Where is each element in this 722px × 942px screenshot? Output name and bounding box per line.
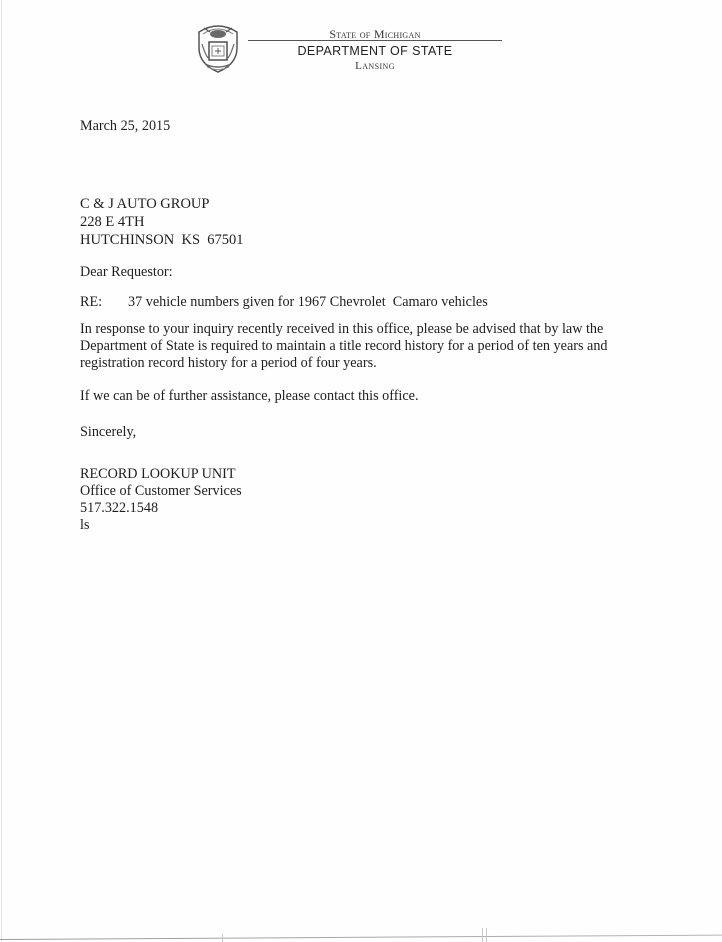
letterhead-city: Lansing <box>248 60 502 72</box>
scan-edge-bottom <box>0 935 722 940</box>
paragraph-line: In response to your inquiry recently rec… <box>80 321 608 338</box>
scan-artifact <box>482 928 483 942</box>
re-subject: 37 vehicle numbers given for 1967 Chevro… <box>128 294 488 310</box>
letterhead-rule <box>248 40 502 41</box>
letter-page: State of Michigan DEPARTMENT OF STATE La… <box>0 0 722 942</box>
closing: Sincerely, <box>80 424 136 441</box>
michigan-seal-icon <box>193 18 243 74</box>
recipient-city-state-zip: HUTCHINSON KS 67501 <box>80 231 244 249</box>
recipient-address: C & J AUTO GROUP 228 E 4TH HUTCHINSON KS… <box>80 195 244 249</box>
paragraph-line: Department of State is required to maint… <box>80 338 608 355</box>
signature-office: Office of Customer Services <box>80 483 242 500</box>
re-line: RE:37 vehicle numbers given for 1967 Che… <box>80 294 488 311</box>
signature-unit: RECORD LOOKUP UNIT <box>80 466 242 483</box>
signature-initials: ls <box>80 517 242 534</box>
scan-artifact <box>486 928 487 942</box>
scan-edge-left <box>1 0 2 942</box>
signature-phone: 517.322.1548 <box>80 500 242 517</box>
recipient-name: C & J AUTO GROUP <box>80 195 244 213</box>
signature-block: RECORD LOOKUP UNIT Office of Customer Se… <box>80 466 242 534</box>
recipient-street: 228 E 4TH <box>80 213 244 231</box>
re-label: RE: <box>80 294 128 311</box>
body-paragraph-1: In response to your inquiry recently rec… <box>80 321 608 372</box>
body-paragraph-2: If we can be of further assistance, plea… <box>80 388 419 405</box>
scan-artifact <box>222 934 223 942</box>
letter-date: March 25, 2015 <box>80 118 170 135</box>
greeting: Dear Requestor: <box>80 264 173 281</box>
paragraph-line: registration record history for a period… <box>80 355 608 372</box>
letterhead-department: DEPARTMENT OF STATE <box>248 44 502 58</box>
